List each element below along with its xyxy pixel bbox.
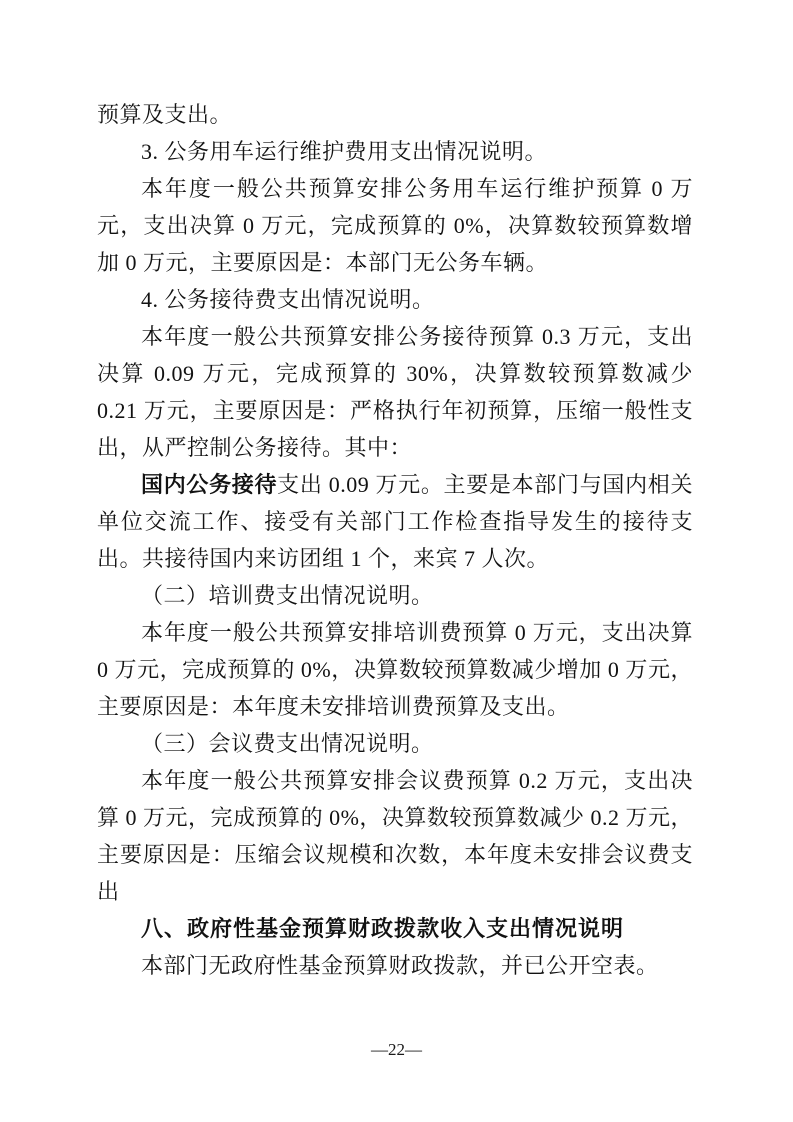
heading-meeting-expense: （三）会议费支出情况说明。 xyxy=(97,725,693,762)
para-vehicle-expense: 本年度一般公共预算安排公务用车运行维护预算 0 万元，支出决算 0 万元，完成预… xyxy=(97,170,693,281)
heading-vehicle-expense: 3. 公务用车运行维护费用支出情况说明。 xyxy=(97,133,693,170)
document-page: 预算及支出。3. 公务用车运行维护费用支出情况说明。本年度一般公共预算安排公务用… xyxy=(0,0,793,1122)
heading-gov-fund: 八、政府性基金预算财政拨款收入支出情况说明 xyxy=(97,910,693,947)
heading-training-expense: （二）培训费支出情况说明。 xyxy=(97,577,693,614)
continuation-text: 预算及支出。 xyxy=(97,96,693,133)
para-gov-fund: 本部门无政府性基金预算财政拨款，并已公开空表。 xyxy=(97,947,693,984)
para-meeting-expense: 本年度一般公共预算安排会议费预算 0.2 万元，支出决算 0 万元，完成预算的 … xyxy=(97,762,693,910)
page-number: —22— xyxy=(371,1040,422,1059)
heading-reception-expense: 4. 公务接待费支出情况说明。 xyxy=(97,281,693,318)
para-training-expense: 本年度一般公共预算安排培训费预算 0 万元，支出决算 0 万元，完成预算的 0%… xyxy=(97,614,693,725)
para-domestic-reception: 国内公务接待支出 0.09 万元。主要是本部门与国内相关单位交流工作、接受有关部… xyxy=(97,466,693,577)
document-body: 预算及支出。3. 公务用车运行维护费用支出情况说明。本年度一般公共预算安排公务用… xyxy=(97,96,693,984)
bold-lead-text: 国内公务接待 xyxy=(141,472,277,497)
para-reception-expense: 本年度一般公共预算安排公务接待预算 0.3 万元，支出决算 0.09 万元，完成… xyxy=(97,318,693,466)
page-footer: —22— xyxy=(0,1038,793,1062)
